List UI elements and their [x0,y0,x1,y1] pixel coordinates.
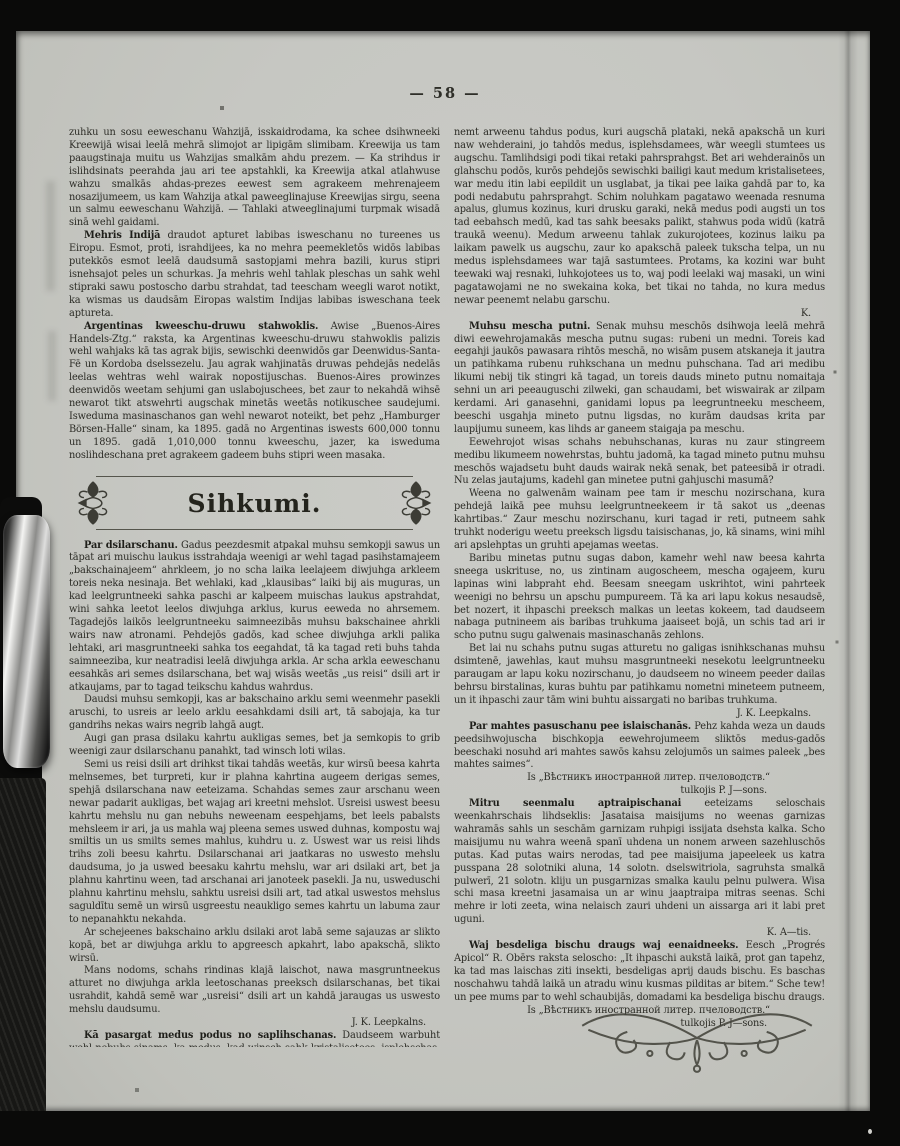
ink-smudge [46,181,55,291]
paragraph-text: zuhku un sosu eeweschanu Wahzijā, isskai… [69,127,440,228]
ink-smudge [48,331,56,401]
article-paragraph: Mitru seenmalu aptraipischanai eeteizams… [454,798,825,927]
article-heading: Par mahtes pasuschanu pee islaischanās. [469,721,691,732]
signature: J. K. Leepkalns. [454,708,825,721]
text-block: zuhku un sosu eeweschanu Wahzijā, isskai… [69,127,825,1047]
article-heading: Muhsu mescha putni. [469,321,590,332]
paragraph-text: Weena no galwenām wainam pee tam ir mesc… [454,488,825,551]
metal-binder-clip [3,515,50,768]
paragraph-text: Awise „Buenos-Aires Handels-Ztg.“ raksta… [69,321,440,461]
article-heading: Mitru seenmalu aptraipischanai [469,798,681,809]
signature: J. K. Leepkalns. [69,1017,440,1030]
book-cover-edge [0,778,46,1111]
article-heading: Kā pasargat medus podus no saplihschanas… [84,1030,336,1041]
paragraph-text: Semi us reisi dsili art drihkst tikai ta… [69,759,440,925]
paragraph-text: Gadus peezdesmit atpakal muhsu semkopji … [69,540,440,693]
article-heading: Waj besdeliga bischu draugs waj eenaidne… [469,940,738,951]
article-paragraph: Daudsi muhsu semkopji, kas ar bakschaino… [69,694,440,733]
paragraph-text: nemt arweenu tahdus podus, kuri augschā … [454,127,825,306]
right-column: nemt arweenu tahdus podus, kuri augschā … [454,127,825,1047]
floral-corner-flourish-icon [73,474,113,532]
paragraph-text: Mans nodoms, schahs rindinas klajā laisc… [69,965,440,1015]
scroll-flourish-icon [572,995,822,1077]
paragraph-text: Daudsi muhsu semkopji, kas ar bakschaino… [69,694,440,731]
signature: K. [454,308,825,321]
paragraph-text: draudot apturet labibas isweschanu no tu… [69,230,440,318]
paragraph-text: Senak muhsu meschōs dsihwoja leelā mehrā… [454,321,825,435]
article-paragraph: nemt arweenu tahdus podus, kuri augschā … [454,127,825,308]
paragraph-text: Bet lai nu schahs putnu sugas atturetu n… [454,643,825,706]
section-header-box: Sihkumi. [96,476,413,530]
floral-corner-flourish-icon [396,474,436,532]
article-paragraph: Mans nodoms, schahs rindinas klajā laisc… [69,965,440,1017]
paper-specks [16,31,18,33]
article-paragraph: Par mahtes pasuschanu pee islaischanās. … [454,721,825,773]
translator-credit: tulkojis P. J—sons. [454,785,825,798]
article-heading: Par dsilarschanu. [84,540,178,551]
article-paragraph: Argentinas kweeschu-druwu stahwoklis. Aw… [69,321,440,463]
article-paragraph: Augi gan prasa dsilaku kahrtu aukligas s… [69,733,440,759]
article-paragraph: Mehris Indijā draudot apturet labibas is… [69,230,440,320]
paper-speck [868,1129,872,1134]
section-title: Sihkumi. [188,489,322,518]
paragraph-text: Augi gan prasa dsilaku kahrtu aukligas s… [69,733,440,757]
paragraph-text: Baribu minetas putnu sugas dabon, kamehr… [454,553,825,641]
article-paragraph: zuhku un sosu eeweschanu Wahzijā, isskai… [69,127,440,230]
page-gutter-crease [838,31,858,1111]
paragraph-text: Ar schejeenes bakschaino arklu dsilaki a… [69,927,440,964]
article-heading: Mehris Indijā [84,230,160,241]
article-paragraph: Eewehrojot wisas schahs nebuhschanas, ku… [454,437,825,489]
article-paragraph: Semi us reisi dsili art drihkst tikai ta… [69,759,440,927]
article-paragraph: Par dsilarschanu. Gadus peezdesmit atpak… [69,540,440,695]
article-paragraph: Kā pasargat medus podus no saplihschanas… [69,1030,440,1047]
photographed-book-page: { "colors": { "paper": "#c6c7c2", "ink":… [0,0,900,1146]
paragraph-text: eeteizams seloschais weenkahrschais lihd… [454,798,825,925]
page-number: — 58 — [69,85,821,102]
citation-source: Is „Вѣстникъ иностранной литер. пчеловод… [454,772,825,785]
scanned-page: — 58 — zuhku un sosu eeweschanu Wahzijā,… [16,31,870,1111]
left-column: zuhku un sosu eeweschanu Wahzijā, isskai… [69,127,440,1047]
paragraph-text: Eewehrojot wisas schahs nebuhschanas, ku… [454,437,825,487]
article-paragraph: Muhsu mescha putni. Senak muhsu meschōs … [454,321,825,437]
article-paragraph: Baribu minetas putnu sugas dabon, kamehr… [454,553,825,643]
article-heading: Argentinas kweeschu-druwu stahwoklis. [84,321,318,332]
article-paragraph: Ar schejeenes bakschaino arklu dsilaki a… [69,927,440,966]
signature: K. A—tis. [454,927,825,940]
article-paragraph: Bet lai nu schahs putnu sugas atturetu n… [454,643,825,708]
article-paragraph: Weena no galwenām wainam pee tam ir mesc… [454,488,825,553]
